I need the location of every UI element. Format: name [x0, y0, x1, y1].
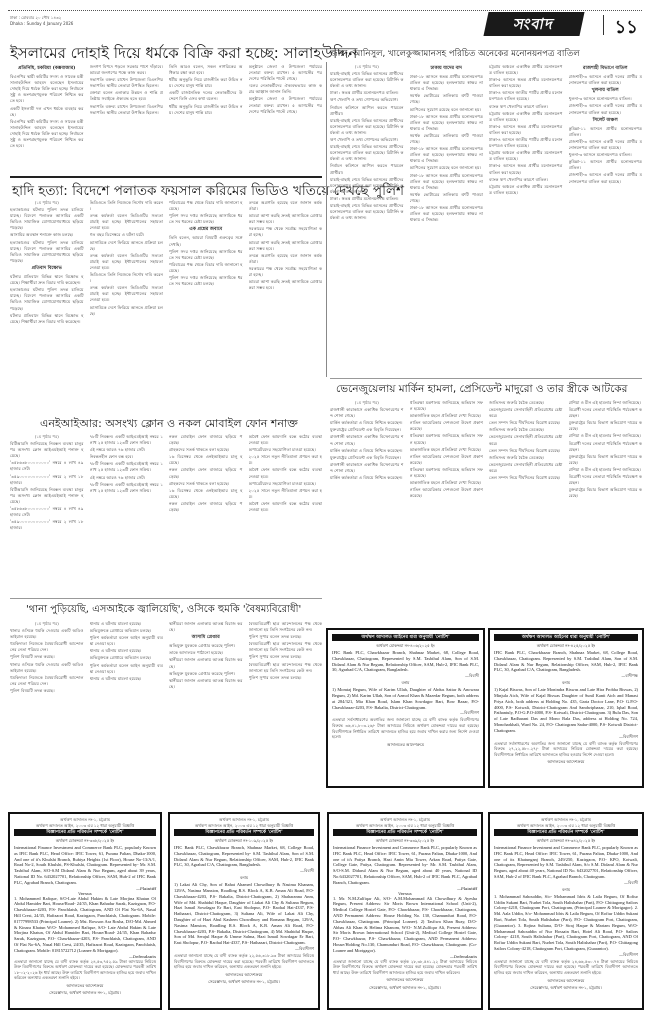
- paragraph: জাতিসংঘ জরুরি বৈঠক ডেকেছে।: [489, 455, 563, 461]
- defendant-role: —বিবাদীগণ: [332, 710, 479, 717]
- paragraph: যুক্তরাষ্ট্রের বিচার বিভাগ অভিযোগ দায়ের…: [569, 420, 643, 432]
- paragraph: পুলিশ বিষয়টি তদন্ত করছে।: [10, 688, 84, 694]
- paragraph: রাজধানী কারাকাসে একাধিক বিস্ফোরণের শব্দ …: [330, 462, 404, 474]
- notice-title: বিজ্ঞাপনের প্রতি পরিবর্তন সম্পর্কে 'নোটি…: [14, 829, 156, 836]
- paragraph: ঢাকা-১৮ আসনে স্বতন্ত্র প্রার্থীর মনোনয়ন…: [410, 205, 484, 223]
- legal-notice: অর্থঋণ আদালত নং-১, চট্টগ্রাম অর্থঋণ আদাল…: [327, 812, 483, 1010]
- paragraph: ধর্মীয় অনুভূতি নিয়ে রাজনীতি করা উচিত ন…: [169, 104, 243, 116]
- plaintiff: International Finance Investment and Com…: [14, 845, 156, 886]
- story-column: অবৈধ ফোন আমদানি বন্ধে কঠোর ব্যবস্থা নেওয…: [249, 434, 323, 596]
- paragraph: পুলিশ কর্মকর্তারা বলেন আইন অনুযায়ী ব্যব…: [90, 663, 164, 675]
- story-column: স্থানীয়রা জানান এলাকায় আতঙ্ক বিরাজ করছ…: [169, 621, 243, 781]
- paragraph: রাশিয়া ও চীন এই হামলার নিন্দা জানিয়েছে…: [569, 467, 643, 473]
- paragraph: রাজশাহী-৩ আসনে একটি দলের প্রার্থীর মনোনয…: [569, 74, 643, 86]
- case-number: অর্থঋণ মোকদ্দমা নং-৩৪২/২০২৫ ইং: [494, 838, 638, 845]
- paragraph: ভেনেজুয়েলার সেনাবাহিনী প্রতিরোধের চেষ্ট…: [489, 407, 563, 419]
- notice-subtitle: অর্থঋণ আদালত আইন, ২০০৩ এর ১২ ধারা অনুযায…: [174, 823, 314, 829]
- column-divider: [326, 62, 327, 377]
- paragraph: প্রতিরক্ষা মন্ত্রণালয় জানিয়েছে অভিযান …: [410, 433, 484, 445]
- story-column: (১ম পৃষ্ঠার পর)বিটিআরসি জানিয়েছে নিবন্ধ…: [10, 434, 84, 596]
- story-column: জাতিসংঘ জরুরি বৈঠক ডেকেছে।ভেনেজুয়েলার স…: [489, 400, 563, 625]
- paragraph: ভিডিওতে তিনি নিজেকে নির্দোষ দাবি করেন।: [90, 272, 164, 284]
- paragraph: অপারেটরদের সহযোগিতা চাওয়া হয়েছে।: [249, 481, 323, 487]
- paragraph: আন্তর্জাতিক মহলে প্রতিক্রিয়া দেখা দিয়ে…: [410, 480, 484, 486]
- notice-body: এতদ্বারা জানানো যাচ্ছে যে বাদী ব্যাংক কর…: [14, 959, 156, 981]
- story-column: (১ম পৃষ্ঠার পর)রাজধানী কারাকাসে একাধিক ব…: [330, 400, 404, 625]
- paragraph: '৩৫৮৬৩৮০০০০০০০০' নম্বরে ৪ লাখ ৪৯ হাজার স…: [10, 506, 84, 518]
- paragraph: বিএনপির স্থায়ী কমিটির সদস্য ও সাবেক মন্…: [10, 119, 84, 149]
- paragraph: ঢাকা-১৮ আসনে স্বতন্ত্র প্রার্থীর মনোনয়ন…: [410, 146, 484, 164]
- subheading: এক প্রশ্নের জবাবে: [169, 227, 243, 233]
- notice-footer: সেরেস্তাদার, অর্থঋণ আদালত নং-১, চট্টগ্রা…: [174, 979, 314, 985]
- subheading: খুলনায় বাতিল: [569, 88, 643, 94]
- paragraph: ২০২৫ সালে নতুন নীতিমালা প্রণয়ন করা হয়।: [249, 454, 323, 466]
- paragraph: তদন্ত কর্মকর্তা বলেন ভিডিওটির সত্যতা যাচ…: [90, 285, 164, 303]
- paragraph: সরকারের পক্ষ থেকে সর্বোচ্চ সহযোগিতা করা …: [249, 266, 323, 278]
- paragraph: বিটিআরসি জানিয়েছে নিবন্ধন ব্যবস্থা চালু…: [10, 441, 84, 459]
- paragraph: বৈষম্যবিরোধী ছাত্র আন্দোলনের পক্ষ থেকে জ…: [249, 662, 323, 674]
- paragraph: যাচাই-বাছাই শেষে বিভিন্ন আসনের প্রার্থীদ…: [330, 177, 404, 195]
- paragraph: ঢাকা-৪ আসনে জাতীয় পার্টির প্রার্থীর মনো…: [489, 137, 563, 149]
- paragraph: তিনি বলেন, আমরা বিষয়টি গুরুত্বের সঙ্গে …: [169, 235, 243, 247]
- paragraph: কুমিল্লা-১১ আসনে প্রার্থীর মনোনয়নপত্র ব…: [569, 159, 643, 171]
- story-column: জনগণ বিপদে পড়লে সরকার পাশে দাঁড়াবে। আম…: [90, 64, 164, 174]
- paragraph: এই নম্বরে আরও ৭৬ হাজার সেট।: [90, 447, 164, 453]
- paragraph: নির্বাচন কমিশনে আপিল করতে পারবেন প্রার্থ…: [330, 163, 404, 175]
- paragraph: তদন্ত কর্মকর্তা বলেন ভিডিওটির সত্যতা যাচ…: [90, 253, 164, 271]
- paragraph: স্থানীয়রা জানান এলাকায় আতঙ্ক বিরাজ করছ…: [169, 657, 243, 669]
- paragraph: আসামিকে দেশে ফিরিয়ে আনতে প্রক্রিয়া চলছ…: [90, 305, 164, 317]
- paragraph: যুক্তরাষ্ট্রের প্রেসিডেন্ট এক বিবৃতি দিয…: [330, 455, 404, 461]
- paragraph: লাতিন আমেরিকার দেশগুলো উদ্বেগ প্রকাশ করে…: [410, 487, 484, 499]
- story-column: তদন্তে অগ্রগতি হয়েছে বলে জানান কর্মকর্ত…: [249, 200, 323, 398]
- paragraph: ভেনেজুয়েলার সেনাবাহিনী প্রতিরোধের চেষ্ট…: [489, 462, 563, 474]
- paragraph: চট্টগ্রাম অঞ্চলে একাধিক প্রার্থীর মনোনয়…: [489, 150, 563, 162]
- defendant-role: —বিবাদীগণ: [494, 952, 638, 959]
- paragraph: বিটিআরসি জানিয়েছে নিবন্ধন ব্যবস্থা চালু…: [10, 487, 84, 505]
- paragraph: মার্কিন কর্মকর্তারা এ বিষয়ে নিশ্চিত করে…: [330, 475, 404, 481]
- paragraph: তদন্ত কর্মকর্তা বলেন ভিডিওটির সত্যতা যাচ…: [90, 213, 164, 231]
- paragraph: প্রতিরক্ষা মন্ত্রণালয় জানিয়েছে অভিযান …: [410, 467, 484, 479]
- paragraph: ভিডিওতে তিনি নিজেকে নির্দোষ দাবি করেন।: [90, 200, 164, 212]
- paragraph: ঢাকা-৫ আসনে স্বতন্ত্র প্রার্থীর মনোনয়নপ…: [489, 163, 563, 175]
- paragraph: খুলনা-৩ আসনে মনোনয়নপত্র বাতিল।: [569, 152, 643, 158]
- case-number: অর্থঋণ মোকদ্দমা নং-৩৩৯/২০২৫ ইং: [333, 838, 477, 845]
- versus: বনাম: [494, 680, 638, 687]
- paragraph: পুলিশ সদর দপ্তর জানিয়েছে আসামিকে ধরতে স…: [169, 249, 243, 261]
- paragraph: বৈষম্যবিরোধী ছাত্র আন্দোলনের পক্ষ থেকে জ…: [249, 621, 323, 633]
- notice-subtitle: অর্থঋণ আদালত আইন, ২০০৩ এর ১২ ধারা অনুযায…: [14, 823, 156, 829]
- signature: আদালতের আদেশক্রমে: [494, 978, 638, 984]
- paragraph: আমরা আশা করছি দ্রুতই আসামিকে গ্রেপ্তার ক…: [249, 213, 323, 225]
- subheading: আসামি গ্রেপ্তার: [169, 635, 243, 641]
- notice-body: এতদ্বারা জানানো যাচ্ছে যে বাদী ব্যাংক কর…: [333, 959, 477, 976]
- story-column: পরিবারের পক্ষ থেকে বিচার দাবি জানানো হয়…: [169, 200, 243, 398]
- defendants: 1) Lakat Ali Chy, Son of Rahat Ahamed Ch…: [174, 882, 314, 946]
- paragraph: অভিযুক্তকে গ্রেপ্তারে অভিযান চলছে।: [90, 655, 164, 661]
- paragraph: নকল মোবাইল ফোন বাজারে ছড়িয়ে পড়েছে।: [169, 434, 243, 446]
- paragraph: অপারেটরদের সহযোগিতা চাওয়া হয়েছে।: [249, 447, 323, 453]
- defendants: 1. Mohammad Sahouddin, S/o- Mohammad Idr…: [494, 894, 638, 952]
- paragraph: পুলিশ সুপার বলেন তদন্ত চলছে।: [249, 634, 323, 640]
- paragraph: চট্টগ্রাম অঞ্চলে একাধিক প্রার্থীর মনোনয়…: [489, 184, 563, 196]
- notice-body: এতদ্বারা জানানো যাচ্ছে যে বাদী ব্যাংক কর…: [494, 959, 638, 976]
- paragraph: অনুষ্ঠানে জেলা ও উপজেলা পর্যায়ের নেতারা…: [249, 96, 323, 114]
- masthead: ঢাকা : রোববার ২০ পৌষ ১৪৩২ Dhaka : Sunday…: [8, 10, 642, 42]
- signature: আদালতের আদেশক্রমে: [174, 972, 314, 978]
- notice-footer: সেরেস্তাদার, অর্থঋণ আদালত নং-১, চট্টগ্রা…: [494, 985, 638, 991]
- section-rule: [10, 598, 322, 599]
- story-column: (১ম পৃষ্ঠার পর)থানার ওসিকে হুমকি দেওয়ার…: [10, 621, 84, 781]
- paragraph: ২০২৫ সালে নতুন নীতিমালা প্রণয়ন করা হয়।: [249, 488, 323, 500]
- defendants: 1. Mohammed Rafique, S/O-Late Abdul Haki…: [14, 896, 156, 954]
- paragraph: রাজশাহী-৩ আসনে একটি দলের প্রার্থীর মনোনয…: [569, 103, 643, 115]
- story-column: ৭৮টি নিবন্ধন। একটি আইএমইআই নম্বরে ১ লাখ …: [90, 434, 164, 596]
- paragraph: মার্কিন কর্মকর্তারা এ বিষয়ে নিশ্চিত করে…: [330, 420, 404, 426]
- paragraph: রাশিয়া ও চীন এই হামলার নিন্দা জানিয়েছে…: [569, 400, 643, 406]
- paragraph: ১৬ ডিসেম্বর থেকে এনইআইআর চালু হয়েছে।: [169, 454, 243, 466]
- plaintiff-role: —বিবাদী: [332, 673, 479, 680]
- paragraph: ভেনেজুয়েলার সেনাবাহিনী প্রতিরোধের চেষ্ট…: [489, 434, 563, 446]
- notice-body: এতদ্বারা জানানো যাচ্ছে যে বাদী ব্যাংক কর…: [174, 953, 314, 970]
- paragraph: থানার ওসিকে হুমকি দেওয়ার একটি অডিও ভাইর…: [10, 628, 84, 640]
- defendant-role: —বিবাদীগণ: [494, 734, 638, 741]
- paragraph: পুলিশ সুপার বলেন তদন্ত চলছে।: [249, 675, 323, 681]
- legal-notice: অর্থঋণ আদালত নং-১, চট্টগ্রাম অর্থঋণ আদাল…: [488, 812, 644, 1010]
- story-column: (১ম পৃষ্ঠার পর)যাচাই-বাছাই শেষে বিভিন্ন …: [330, 64, 404, 376]
- paragraph: ঋণ খেলাপি ও তথ্য গোপনের অভিযোগ।: [330, 97, 404, 103]
- plaintiff-role: —বিবাদী: [494, 880, 638, 887]
- paragraph: অবৈধ ফোন আমদানি বন্ধে কঠোর ব্যবস্থা নেওয…: [249, 467, 323, 479]
- paragraph: থানায় এ ঘটনায় মামলা হয়েছে।: [90, 648, 164, 654]
- paragraph: সভাপতি বক্তব্য রাখেন উপজেলা বিএনপির সভাপ…: [90, 77, 164, 89]
- paragraph: ঢাকা-১৮ আসনে স্বতন্ত্র প্রার্থীর মনোনয়ন…: [410, 173, 484, 191]
- paragraph: গ্রাহকদের সতর্ক থাকতে বলা হয়েছে।: [169, 447, 243, 453]
- story-column: (১ম পৃষ্ঠার পর)হত্যাকাণ্ডের ঘটনায় পুলিশ…: [10, 200, 84, 398]
- paragraph: অভিযুক্ত যুবককে গ্রেপ্তার করেছে পুলিশ।: [169, 671, 243, 677]
- notice-body: এতদ্বারা সর্বসাধারণের অবগতির জন্য জানানো…: [332, 717, 479, 739]
- paragraph: সমর্থক ভোটারের তালিকায় ত্রুটি পাওয়া গে…: [410, 192, 484, 204]
- story-column: ঢাকায় যাদের বাদঢাকা-১৮ আসনে স্বতন্ত্র প…: [410, 64, 484, 376]
- paragraph: একটি ইসলামী দল এখন ধর্মকে ব্যবহার করছে।: [10, 106, 84, 118]
- plaintiff: International Finance Investment and Com…: [333, 845, 477, 886]
- date-english: Dhaka : Sunday 4 January 2026: [10, 21, 73, 27]
- paragraph: লাতিন আমেরিকার দেশগুলো উদ্বেগ প্রকাশ করে…: [410, 420, 484, 432]
- paragraph: রাজধানী কারাকাসে একাধিক বিস্ফোরণের শব্দ …: [330, 407, 404, 419]
- paragraph: ব্যাংক ঋণ খেলাপির কারণে বাতিল।: [489, 177, 563, 183]
- paragraph: আপিলের সুযোগ রয়েছে বলে জানানো হয়।: [410, 165, 484, 171]
- paragraph: ঘটনার প্রতিবাদে বিভিন্ন স্থানে বিক্ষোভ হ…: [10, 313, 84, 325]
- paragraph: ঋণ খেলাপি ও তথ্য গোপনের অভিযোগ।: [330, 137, 404, 143]
- story-headline-venezuela[interactable]: ভেনেজুয়েলায় মার্কিন হামলা, প্রেসিডেন্ট…: [336, 382, 627, 399]
- story-column: প্রতিনিধি, চকরিয়া (কক্সবাজার)বিএনপির স্…: [10, 64, 84, 174]
- paragraph: যুক্তরাষ্ট্রের বিচার বিভাগ অভিযোগ দায়ের…: [569, 487, 643, 499]
- paragraph: অভিযুক্ত যুবককে গ্রেপ্তার করেছে পুলিশ।: [169, 643, 243, 649]
- versus: বনাম: [174, 875, 314, 882]
- paragraph: যাচাই-বাছাই শেষে বিভিন্ন আসনের প্রার্থীদ…: [330, 203, 404, 221]
- paragraph: হত্যাকাণ্ডের ঘটনায় পুলিশ তদন্ত চালিয়ে …: [10, 207, 84, 231]
- paragraph: রাশিয়া ও চীন এই হামলার নিন্দা জানিয়েছে…: [569, 433, 643, 439]
- paragraph: হুমকিদাতা নিজেকে বৈষম্যবিরোধী আন্দোলনের …: [10, 641, 84, 653]
- paragraph: চট্টগ্রাম অঞ্চলে একাধিক প্রার্থীর মনোনয়…: [489, 111, 563, 123]
- notice-title: অর্থঋণ আদালত আইনের ধারা অনুযায়ী 'নোটিশ': [494, 634, 638, 641]
- paragraph: নকল মোবাইল ফোন বাজারে ছড়িয়ে পড়েছে।: [169, 467, 243, 479]
- subheading: ঢাকায় যাদের বাদ: [410, 66, 484, 72]
- paragraph: রাজশাহী-৩ আসনে একটি দলের প্রার্থীর মনোনয…: [569, 139, 643, 151]
- paragraph: পরিবারের পক্ষ থেকে বিচার দাবি জানানো হয়…: [169, 262, 243, 274]
- story-body-neir: (১ম পৃষ্ঠার পর)বিটিআরসি জানিয়েছে নিবন্ধ…: [10, 434, 322, 596]
- plaintiff-role: —বিবাদী: [174, 868, 314, 875]
- plaintiff: International Finance Investment and Com…: [494, 845, 638, 880]
- paragraph: মার্কিন কর্মকর্তারা এ বিষয়ে নিশ্চিত করে…: [330, 448, 404, 454]
- paragraph: তেল সম্পদ নিয়ে দীর্ঘদিনের বিরোধ রয়েছে।: [489, 420, 563, 426]
- dateline: ঢাকা : রোববার ২০ পৌষ ১৪৩২ Dhaka : Sunday…: [10, 15, 73, 27]
- paragraph: আপিলের সুযোগ রয়েছে বলে জানানো হয়।: [410, 107, 484, 113]
- story-column: অনুষ্ঠানে জেলা ও উপজেলা পর্যায়ের নেতারা…: [249, 64, 323, 174]
- paragraph: ঢাকা : স্বতন্ত্র প্রার্থীর মনোনয়নপত্র ব…: [330, 90, 404, 96]
- versus: বনাম: [332, 680, 479, 687]
- paragraph: যাচাই-বাছাই শেষে বিভিন্ন আসনের প্রার্থীদ…: [330, 144, 404, 162]
- paragraph: সভাপতি বক্তব্য রাখেন উপজেলা বিএনপির সভাপ…: [90, 104, 164, 116]
- story-headline-thana[interactable]: 'থানা পুড়িয়েছি, এসআইকে জ্বালিয়েছি', ও…: [26, 602, 301, 619]
- paragraph: পরিবারের পক্ষ থেকে বিচার দাবি জানানো হয়…: [169, 200, 243, 212]
- signature: আদালতের আদেশক্রমে: [332, 742, 479, 748]
- notice-title: বিজ্ঞাপনের প্রতি পরিবর্তন সম্পর্কে 'নোটি…: [494, 829, 638, 836]
- paragraph: নকল মোবাইল ফোন বাজারে ছড়িয়ে পড়েছে।: [169, 501, 243, 513]
- paragraph: জনগণ বিপদে পড়লে সরকার পাশে দাঁড়াবে। আম…: [90, 64, 164, 76]
- section-rule: [10, 176, 322, 178]
- paragraph: চট্টগ্রাম অঞ্চলে একাধিক প্রার্থীর মনোনয়…: [489, 64, 563, 76]
- paragraph: যুক্তরাষ্ট্রের বিচার বিভাগ অভিযোগ দায়ের…: [569, 454, 643, 466]
- story-headline-neir[interactable]: এনইআইআর: অসংখ্য ক্লোন ও নকল মোবাইল ফোন শ…: [40, 415, 298, 434]
- paragraph: নিবন্ধনহীন ফোন বন্ধ হবে।: [90, 454, 164, 460]
- story-column: রাশিয়া ও চীন এই হামলার নিন্দা জানিয়েছে…: [569, 400, 643, 625]
- paragraph: পুলিশ সুপার বলেন তদন্ত চলছে।: [249, 654, 323, 660]
- notice-subtitle: অর্থঋণ আদালত আইন, ২০০৩ এর ১২ ধারা অনুযায…: [333, 823, 477, 829]
- paragraph: আসামিকে দেশে ফিরিয়ে আনতে প্রক্রিয়া চলছ…: [90, 240, 164, 252]
- paragraph: একটি রাজনৈতিক দলের নেতাকর্মীদের উদ্দেশে …: [169, 90, 243, 102]
- paragraph: ঢাকা : স্বতন্ত্র প্রার্থীর মনোনয়নপত্র ব…: [330, 196, 404, 202]
- paragraph: তেল সম্পদ নিয়ে দীর্ঘদিনের বিরোধ রয়েছে।: [489, 475, 563, 481]
- case-number: অর্থঋণ মোকদ্দমা নং-৩৩৮/২০২৫ ইং: [14, 838, 156, 845]
- signature: আদালতের আদেশক্রমে: [333, 977, 477, 983]
- signature: আদালতের আদেশক্রমে: [494, 759, 638, 765]
- defendants: 1) Momtaj Begum, Wife of Karim Ullah, Da…: [332, 687, 479, 710]
- paragraph: '৩৫৯০০০০০০০০০০০' নম্বরে ২ লাখ ১৮ হাজার।: [10, 474, 84, 486]
- signature: আদালতের আদেশক্রমে: [14, 983, 156, 989]
- paragraph: খুলনা-৩ আসনে মনোনয়নপত্র বাতিল।: [569, 96, 643, 102]
- story-column: তিনি আরও বলেন, সকল নাগরিকের অধিকার রক্ষা…: [169, 64, 243, 174]
- legal-notice: অর্থঋণ আদালত নং-১, চট্টগ্রাম অর্থঋণ আদাল…: [8, 812, 162, 1010]
- plaintiff-role: —বাদীপক্ষ: [494, 673, 638, 680]
- case-number: অর্থঋণ মোকদ্দমা নং-৪২৫/২০২৫ ইং: [494, 643, 638, 650]
- newspaper-logo: সংবাদ: [483, 12, 584, 36]
- defendants: 1. Mr. N.M.Zulfiqar Ali, S/O- A.M.Mohamm…: [333, 896, 477, 954]
- paragraph: গ্রাহকদের সতর্ক থাকতে বলা হয়েছে।: [169, 481, 243, 487]
- paragraph: '৩৫৮৬৩৮০০০০০০০০' নম্বরে ৪ লাখ ৪৯ হাজার স…: [10, 460, 84, 472]
- paragraph: তেল সম্পদ নিয়ে দীর্ঘদিনের বিরোধ রয়েছে।: [489, 448, 563, 454]
- paragraph: লাতিন আমেরিকার দেশগুলো উদ্বেগ প্রকাশ করে…: [410, 454, 484, 466]
- paragraph: স্থানীয়রা জানান এলাকায় আতঙ্ক বিরাজ করছ…: [169, 678, 243, 690]
- paragraph: যাচাই-বাছাই শেষে বিভিন্ন আসনের প্রার্থীদ…: [330, 71, 404, 89]
- legal-notice: অর্থঋণ আদালত আইনের ধারা অনুযায়ী 'নোটিশ'…: [326, 628, 485, 788]
- defendant-role: —বিবাদীগণ: [174, 946, 314, 953]
- subheading: প্রতিবাদ বিক্ষোভ: [10, 266, 84, 272]
- story-headline-nomination[interactable]: জারা, আনিসুল, খালেকুজ্জামানসহ পরিচিত অনে…: [330, 47, 580, 61]
- paragraph: ৭৮টি নিবন্ধন। একটি আইএমইআই নম্বরে ১ লাখ …: [90, 461, 164, 473]
- paragraph: আসামির অবস্থান শনাক্তে কাজ চলছে।: [10, 232, 84, 238]
- paragraph: তদন্তে অগ্রগতি হয়েছে বলে জানান কর্মকর্ত…: [249, 253, 323, 265]
- paragraph: ঢাকা-৪ আসনে জাতীয় পার্টির প্রার্থীর মনো…: [489, 90, 563, 102]
- paragraph: ৭৮টি নিবন্ধন। একটি আইএমইআই নম্বরে ১ লাখ …: [90, 482, 164, 494]
- paragraph: যুক্তরাষ্ট্রের প্রেসিডেন্ট এক বিবৃতি দিয…: [330, 427, 404, 433]
- paragraph: পুলিশ বিষয়টি তদন্ত করছে।: [10, 654, 84, 660]
- paragraph: গত বছর ডিসেম্বরে এ ঘটনা ঘটে।: [90, 232, 164, 238]
- notice-subtitle: অর্থঋণ আদালত আইন, ২০০৩ এর ১২ ধারা অনুযায…: [494, 823, 638, 829]
- story-column: নকল মোবাইল ফোন বাজারে ছড়িয়ে পড়েছে।গ্র…: [169, 434, 243, 596]
- notice-footer: সেরেস্তাদার, অর্থঋণ আদালত নং-১, চট্টগ্রা…: [333, 985, 477, 991]
- legal-notice: অর্থঋণ আদালত আইনের ধারা অনুযায়ী 'নোটিশ'…: [488, 628, 644, 788]
- paragraph: ঢাকা-৫ আসনে স্বতন্ত্র প্রার্থীর মনোনয়নপ…: [489, 77, 563, 89]
- story-body-nomination: (১ম পৃষ্ঠার পর)যাচাই-বাছাই শেষে বিভিন্ন …: [330, 64, 642, 376]
- paragraph: জাতিসংঘ জরুরি বৈঠক ডেকেছে।: [489, 400, 563, 406]
- paragraph: বিরোধী দলের নেতারা পরিস্থিতি পর্যবেক্ষণ …: [569, 407, 643, 419]
- paragraph: ধর্মীয় অনুভূতি নিয়ে রাজনীতি করা উচিত ন…: [169, 77, 243, 89]
- paragraph: অবৈধ ফোন আমদানি বন্ধে কঠোর ব্যবস্থা নেওয…: [249, 501, 323, 513]
- paragraph: সমর্থক ভোটারের তালিকায় ত্রুটি পাওয়া গে…: [410, 93, 484, 105]
- paragraph: থানার ওসিকে হুমকি দেওয়ার একটি অডিও ভাইর…: [10, 662, 84, 674]
- subheading: সিলেট অঞ্চল: [569, 118, 643, 124]
- notice-footer: সেরেস্তাদার, অর্থঋণ আদালত নং-১, চট্টগ্রা…: [14, 990, 156, 996]
- paragraph: থানায় এ ঘটনায় মামলা হয়েছে।: [90, 676, 164, 682]
- paragraph: রাজধানী কারাকাসে একাধিক বিস্ফোরণের শব্দ …: [330, 434, 404, 446]
- story-body-venezuela: (১ম পৃষ্ঠার পর)রাজধানী কারাকাসে একাধিক ব…: [330, 400, 642, 625]
- paragraph: নির্বাচন কমিশনে আপিল করতে পারবেন প্রার্থ…: [330, 105, 404, 117]
- continued-label: (১ম পৃষ্ঠার পর): [10, 434, 84, 440]
- paragraph: স্থানীয়রা জানান এলাকায় আতঙ্ক বিরাজ করছ…: [169, 621, 243, 633]
- continued-label: (১ম পৃষ্ঠার পর): [10, 200, 84, 206]
- continued-label: (১ম পৃষ্ঠার পর): [10, 621, 84, 627]
- paragraph: দলের নেতাকর্মীদের ঐক্যবদ্ধভাবে কাজ করার …: [249, 83, 323, 95]
- paragraph: বক্তারা বলেন এলাকার উন্নয়ন ও শান্তি প্র…: [90, 90, 164, 102]
- story-column: থানায় এ ঘটনায় মামলা হয়েছে।অভিযুক্তকে …: [90, 621, 164, 781]
- paragraph: কুমিল্লা-১১ আসনে প্রার্থীর মনোনয়নপত্র ব…: [569, 126, 643, 138]
- story-body-salahuddin: প্রতিনিধি, চকরিয়া (কক্সবাজার)বিএনপির স্…: [10, 64, 322, 174]
- paragraph: বিরোধী দলের নেতারা পরিস্থিতি পর্যবেক্ষণ …: [569, 474, 643, 486]
- paragraph: হুমকিদাতা নিজেকে বৈষম্যবিরোধী আন্দোলনের …: [10, 675, 84, 687]
- paragraph: তিনি আরও বলেন, সকল নাগরিকের অধিকার রক্ষা…: [169, 64, 243, 76]
- paragraph: হত্যাকাণ্ডের ঘটনায় পুলিশ তদন্ত চালিয়ে …: [10, 240, 84, 264]
- story-column: চট্টগ্রাম অঞ্চলে একাধিক প্রার্থীর মনোনয়…: [489, 64, 563, 376]
- paragraph: হত্যাকাণ্ডের ঘটনায় পুলিশ তদন্ত চালিয়ে …: [10, 287, 84, 311]
- continued-label: (১ম পৃষ্ঠার পর): [330, 64, 404, 70]
- paragraph: পুলিশ সদর দপ্তর জানিয়েছে আসামিকে ধরতে স…: [169, 213, 243, 225]
- paragraph: সমর্থক ভোটারের তালিকায় ত্রুটি পাওয়া গে…: [410, 133, 484, 145]
- paragraph: ব্যাংক ঋণ খেলাপির কারণে বাতিল।: [489, 104, 563, 110]
- paragraph: ঢাকা-১৮ আসনে স্বতন্ত্র প্রার্থীর মনোনয়ন…: [410, 74, 484, 92]
- story-column: বৈষম্যবিরোধী ছাত্র আন্দোলনের পক্ষ থেকে জ…: [249, 621, 323, 781]
- notice-title: বিজ্ঞাপনের প্রতি পরিবর্তন সম্পর্কে 'নোটি…: [174, 829, 314, 836]
- paragraph: পুলিশ কর্মকর্তারা বলেন আইন অনুযায়ী ব্যব…: [90, 635, 164, 647]
- plaintiff: IFIC Bank PLC, Chawkbazar Branch, Shahna…: [494, 650, 638, 673]
- story-column: রাজশাহী বিভাগে বাতিলরাজশাহী-৩ আসনে একটি …: [569, 64, 643, 376]
- story-body-hadi: (১ম পৃষ্ঠার পর)হত্যাকাণ্ডের ঘটনায় পুলিশ…: [10, 200, 322, 398]
- paragraph: ঢাকা-৫ আসনে স্বতন্ত্র প্রার্থীর মনোনয়নপ…: [489, 124, 563, 136]
- paragraph: অভিযুক্তকে গ্রেপ্তারে অভিযান চলছে।: [90, 628, 164, 634]
- paragraph: বিরোধী দলের নেতারা পরিস্থিতি পর্যবেক্ষণ …: [569, 441, 643, 453]
- story-column: ভিডিওতে তিনি নিজেকে নির্দোষ দাবি করেন।তদ…: [90, 200, 164, 398]
- notice-title: অর্থঋণ আদালত আইনের ধারা অনুযায়ী 'নোটিশ': [332, 634, 479, 641]
- paragraph: ঘটনার প্রতিবাদে বিভিন্ন স্থানে বিক্ষোভ হ…: [10, 274, 84, 286]
- legal-notice: অর্থঋণ আদালত নং-১, চট্টগ্রাম অর্থঋণ আদাল…: [168, 812, 320, 1010]
- paragraph: বিএনপির স্থায়ী কমিটির সদস্য ও সাবেক মন্…: [10, 74, 84, 104]
- paragraph: পুলিশ সদর দপ্তর জানিয়েছে আসামিকে ধরতে স…: [169, 275, 243, 287]
- paragraph: '৩৫৯০০০০০০০০০০০' নম্বরে ২ লাখ ১৮ হাজার।: [10, 519, 84, 531]
- paragraph: ৭৮টি নিবন্ধন। একটি আইএমইআই নম্বরে ১ লাখ …: [90, 434, 164, 446]
- paragraph: অবৈধ ফোন আমদানি বন্ধে কঠোর ব্যবস্থা নেওয…: [249, 434, 323, 446]
- paragraph: প্রতিরক্ষা মন্ত্রণালয় জানিয়েছে অভিযান …: [410, 400, 484, 412]
- byline: প্রতিনিধি, চকরিয়া (কক্সবাজার): [10, 66, 84, 72]
- paragraph: ঢাকা-১৮ আসনে স্বতন্ত্র প্রার্থীর মনোনয়ন…: [410, 114, 484, 132]
- notice-body: এতদ্বারা সর্বসাধারণের অবগতির জন্য জানানো…: [494, 741, 638, 758]
- paragraph: আন্তর্জাতিক মহলে প্রতিক্রিয়া দেখা দিয়ে…: [410, 447, 484, 453]
- paragraph: বৈষম্যবিরোধী ছাত্র আন্দোলনের পক্ষ থেকে জ…: [249, 641, 323, 653]
- notice-title: বিজ্ঞাপনের প্রতি পরিবর্তন সম্পর্কে 'নোটি…: [333, 829, 477, 836]
- story-body-thana: (১ম পৃষ্ঠার পর)থানার ওসিকে হুমকি দেওয়ার…: [10, 621, 322, 781]
- case-number: অর্থঋণ মোকদ্দমা নং-১০৯/২০২৫ ইং: [174, 838, 314, 845]
- section-rule: [330, 378, 642, 379]
- plaintiff: IFIC Bank PLC, Chawkbazar Branch, Shahna…: [332, 650, 479, 673]
- divider: [603, 15, 604, 35]
- case-number: অর্থঋণ মোকদ্দমা নং-৪০৬/২০২৫ ইং: [332, 643, 479, 650]
- paragraph: এই নম্বরে আরও ৭৬ হাজার সেট।: [90, 475, 164, 481]
- defendants: 1) Kajal Biswas, Son of Late Monindra Bi…: [494, 687, 638, 733]
- paragraph: আন্তর্জাতিক মহলে প্রতিক্রিয়া দেখা দিয়ে…: [410, 413, 484, 419]
- paragraph: সরকারের পক্ষ থেকে সর্বোচ্চ সহযোগিতা করা …: [249, 226, 323, 238]
- versus: বনাম: [494, 887, 638, 894]
- paragraph: থানায় এ ঘটনায় মামলা হয়েছে।: [90, 621, 164, 627]
- paragraph: আমরা আশা করছি দ্রুতই আসামিকে গ্রেপ্তার ক…: [249, 279, 323, 291]
- paragraph: আমরা আশা করছি দ্রুতই আসামিকে গ্রেপ্তার ক…: [249, 240, 323, 252]
- story-column: প্রতিরক্ষা মন্ত্রণালয় জানিয়েছে অভিযান …: [410, 400, 484, 625]
- continued-label: (১ম পৃষ্ঠার পর): [330, 400, 404, 406]
- paragraph: তদন্তে অগ্রগতি হয়েছে বলে জানান কর্মকর্ত…: [249, 200, 323, 212]
- paragraph: তাকে আদালতে পাঠানো হয়েছে।: [169, 650, 243, 656]
- paragraph: রাজশাহী-৩ আসনে একটি দলের প্রার্থীর মনোনয…: [569, 172, 643, 184]
- plaintiff: IFIC Bank PLC, Chawkbazar Branch, Shahna…: [174, 845, 314, 868]
- paragraph: যাচাই-বাছাই শেষে বিভিন্ন আসনের প্রার্থীদ…: [330, 118, 404, 136]
- subheading: রাজশাহী বিভাগে বাতিল: [569, 66, 643, 72]
- paragraph: জাতিসংঘ জরুরি বৈঠক ডেকেছে।: [489, 427, 563, 433]
- paragraph: অনুষ্ঠানে জেলা ও উপজেলা পর্যায়ের নেতারা…: [249, 64, 323, 82]
- page-number: ১১: [615, 13, 638, 44]
- paragraph: ১৬ ডিসেম্বর থেকে এনইআইআর চালু হয়েছে।: [169, 488, 243, 500]
